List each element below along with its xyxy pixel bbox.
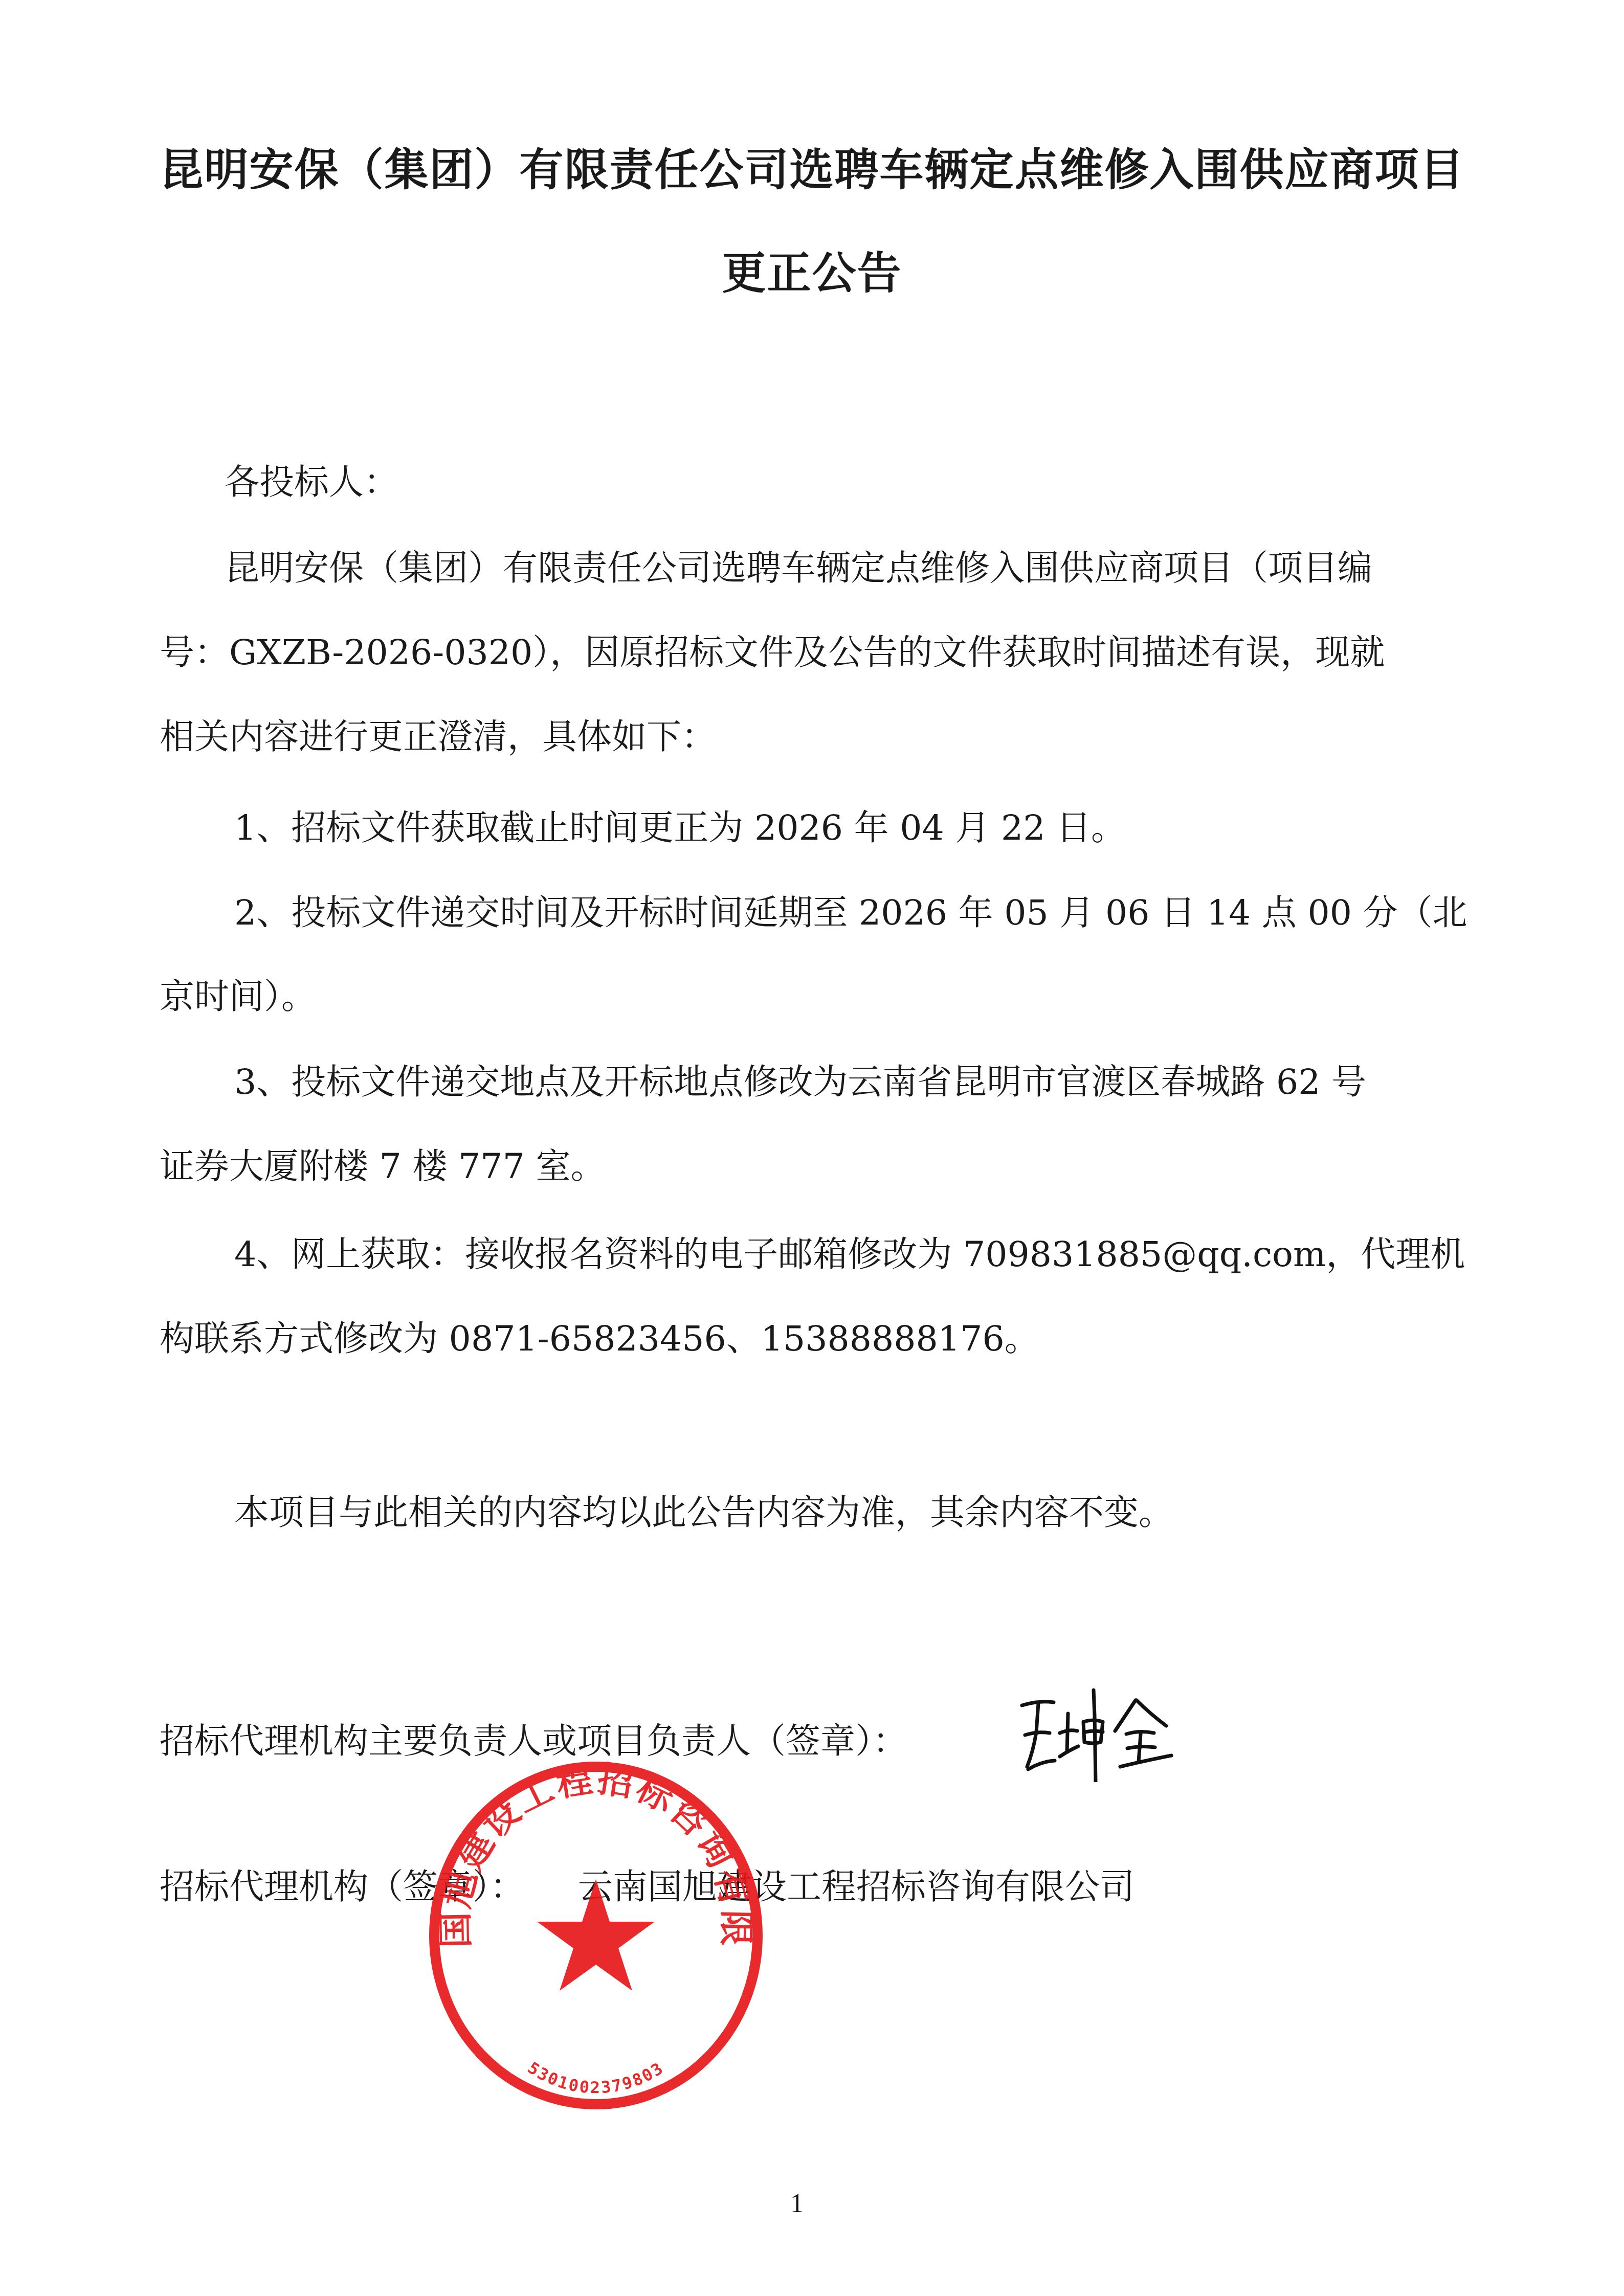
intro-line-2: 号：GXZB-2026-0320），因原招标文件及公告的文件获取时间描述有误，现… [160, 636, 1385, 670]
document-title-line1: 昆明安保（集团）有限责任公司选聘车辆定点维修入围供应商项目 [0, 148, 1624, 192]
item-2-line-2: 京时间）。 [160, 980, 316, 1015]
handwritten-signature [1018, 1685, 1202, 1782]
responsible-person-label: 招标代理机构主要负责人或项目负责人（签章）： [160, 1724, 907, 1759]
item-3-line-2: 证券大厦附楼 7 楼 777 室。 [160, 1150, 606, 1184]
item-4-line-2: 构联系方式修改为 0871-65823456、15388888176。 [160, 1322, 1039, 1357]
intro-line-1: 昆明安保（集团）有限责任公司选聘车辆定点维修入围供应商项目（项目编 [225, 551, 1372, 586]
salutation: 各投标人： [225, 465, 398, 500]
item-2-line-1: 2、投标文件递交时间及开标时间延期至 2026 年 05 月 06 日 14 点… [234, 896, 1467, 931]
item-3-line-1: 3、投标文件递交地点及开标地点修改为云南省昆明市官渡区春城路 62 号 [234, 1065, 1366, 1100]
closing-statement: 本项目与此相关的内容均以此公告内容为准，其余内容不变。 [234, 1496, 1173, 1530]
item-4-line-1: 4、网上获取：接收报名资料的电子邮箱修改为 709831885@qq.com，代… [234, 1237, 1465, 1272]
document-title-line2: 更正公告 [0, 252, 1624, 296]
company-seal-stamp: 云南国旭建设工程招标咨询有限公司 5301002379803 [425, 1759, 767, 2112]
item-1-line-1: 1、招标文件获取截止时间更正为 2026 年 04 月 22 日。 [234, 811, 1126, 846]
page-number: 1 [790, 2189, 804, 2219]
intro-line-3: 相关内容进行更正澄清，具体如下： [160, 720, 716, 755]
